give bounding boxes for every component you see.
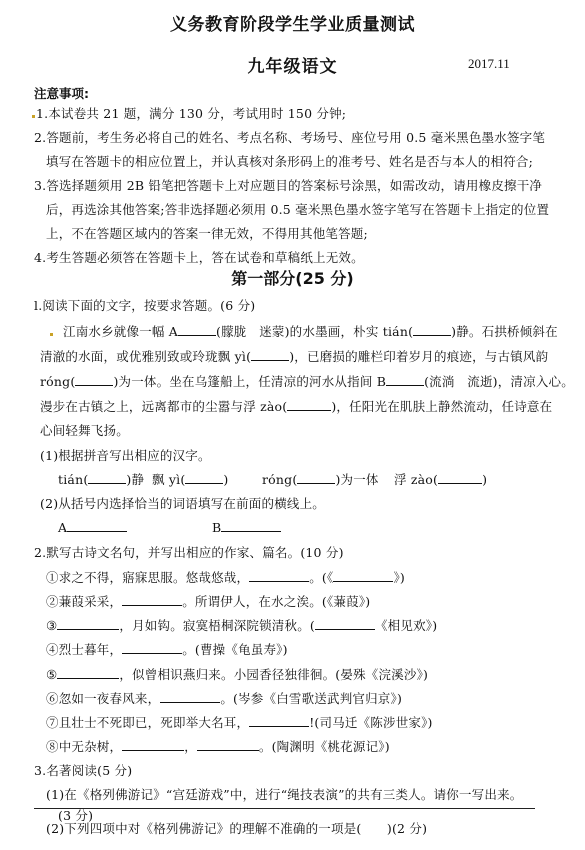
blank-tian[interactable]	[413, 323, 451, 336]
answer-line[interactable]	[34, 808, 535, 809]
q2-blank-2[interactable]	[122, 593, 182, 606]
q2-blank-8b[interactable]	[197, 738, 259, 751]
q2-blank-1-title[interactable]	[333, 569, 393, 582]
q3-sub1: (1)在《格列佛游记》“宫廷游戏”中，进行“绳技表演”的共有三类人。请你一写出来…	[46, 785, 522, 803]
notice-item-1: 1.本试卷共 21 题，满分 130 分，考试用时 150 分钟;	[32, 104, 346, 122]
q2-item-8: ⑧中无杂树，，。(陶渊明《桃花源记》)	[46, 737, 390, 755]
q2-blank-7[interactable]	[249, 714, 309, 727]
notice-item-3-cont: 后，再选涂其他答案;答非选择题必须用 0.5 毫米黑色墨水签字笔写在答题卡上指定…	[46, 200, 549, 218]
blank-yi[interactable]	[251, 348, 289, 361]
q1-sub2-label: (2)从括号内选择恰当的词语填写在前面的横线上。	[40, 494, 325, 512]
q2-blank-6[interactable]	[160, 690, 220, 703]
blank-zao[interactable]	[287, 398, 331, 411]
q2-prompt: 2.默写古诗文名句，并写出相应的作家、篇名。(10 分)	[34, 543, 344, 561]
q2-item-6: ⑥忽如一夜春风来，。(岑参《白雪歌送武判官归京》)	[46, 689, 402, 707]
q1-prompt: l.阅读下面的文字，按要求答题。(6 分)	[34, 296, 255, 314]
exam-date: 2017.11	[468, 56, 510, 72]
q2-blank-1[interactable]	[249, 569, 309, 582]
edit-marker-icon	[32, 115, 35, 118]
q1-sub1-item-3: róng()为一体	[262, 470, 379, 488]
notice-item-3: 3.答选择题须用 2B 铅笔把答题卡上对应题目的答案标号涂黑，如需改动，请用橡皮…	[34, 176, 542, 194]
q2-item-7: ⑦且壮士不死即已，死即举大名耳，!(司马迁《陈涉世家》)	[46, 713, 433, 731]
q2-item-5: ⑤，似曾相识燕归来。小园香径独徘徊。(晏殊《浣溪沙》)	[46, 665, 428, 683]
exam-title: 义务教育阶段学生学业质量测试	[0, 10, 585, 35]
blank-a[interactable]	[178, 323, 216, 336]
q1-passage-line-5: 心间轻舞飞扬。	[40, 421, 129, 439]
q2-item-1: ①求之不得，寤寐思服。悠哉悠哉，。(《》)	[46, 568, 405, 586]
q1-sub2-a: A	[58, 519, 127, 535]
notice-heading: 注意事项:	[34, 84, 89, 102]
blank-b[interactable]	[386, 373, 424, 386]
q2-item-3: ③，月如钩。寂寞梧桐深院锁清秋。(《相见欢》)	[46, 616, 437, 634]
q1-passage-line-2: 清澈的水面，或优雅别致或玲珑飘 yì()，已磨损的雕栏印着岁月的痕迹，与古镇风韵	[40, 347, 548, 365]
notice-item-3-cont2: 上，不在答题区域内的答案一律无效，不得用其他笔答题;	[46, 224, 368, 242]
q1-passage-line-1: 江南水乡就像一幅 A(朦胧 迷蒙)的水墨画，朴实 tián()静。石拱桥倾斜在	[50, 322, 558, 340]
q1-sub1-item-4: 浮 zào()	[394, 470, 487, 488]
notice-item-4: 4.考生答题必须答在答题卡上，答在试卷和草稿纸上无效。	[34, 248, 364, 266]
section-title: 第一部分(25 分)	[0, 266, 585, 289]
q2-item-4: ④烈士暮年，。(曹操《龟虽寿》)	[46, 640, 288, 658]
q1-sub1-item-2: 飘 yì()	[152, 470, 229, 488]
answer-zao[interactable]	[438, 471, 482, 484]
q2-blank-8a[interactable]	[122, 738, 184, 751]
q3-sub2: (2)下列四项中对《格列佛游记》的理解不准确的一项是( )(2 分)	[46, 819, 427, 837]
edit-marker-icon	[50, 333, 53, 336]
blank-rong[interactable]	[75, 373, 113, 386]
notice-item-2: 2.答题前，考生务必将自己的姓名、考点名称、考场号、座位号用 0.5 毫米黑色墨…	[34, 128, 545, 146]
q1-sub1-item-1: tián()静	[58, 470, 144, 488]
q2-blank-4[interactable]	[122, 641, 182, 654]
answer-yi[interactable]	[185, 471, 223, 484]
q3-prompt: 3.名著阅读(5 分)	[34, 761, 132, 779]
answer-tian[interactable]	[88, 471, 126, 484]
q1-passage-line-4: 漫步在古镇之上，远离都市的尘嚣与浮 zào()，任阳光在肌肤上静然流动，任诗意在	[40, 397, 552, 415]
q2-blank-5[interactable]	[57, 666, 119, 679]
answer-a[interactable]	[67, 519, 127, 532]
q2-blank-3[interactable]	[57, 617, 119, 630]
q1-sub1-label: (1)根据拼音写出相应的汉字。	[40, 446, 211, 464]
notice-item-2-cont: 填写在答题卡的相应位置上，并认真核对条形码上的准考号、姓名是否与本人的相符合;	[46, 152, 533, 170]
q1-passage-line-3: róng()为一体。坐在乌篷船上，任清凉的河水从指间 B(流淌 流逝)，清凉入心…	[40, 372, 574, 390]
answer-b[interactable]	[221, 519, 281, 532]
answer-rong[interactable]	[297, 471, 335, 484]
q2-item-2: ②蒹葭采采，。所谓伊人，在水之涘。(《蒹葭》)	[46, 592, 370, 610]
q2-blank-3-author[interactable]	[315, 617, 375, 630]
q1-sub2-b: B	[212, 519, 281, 535]
